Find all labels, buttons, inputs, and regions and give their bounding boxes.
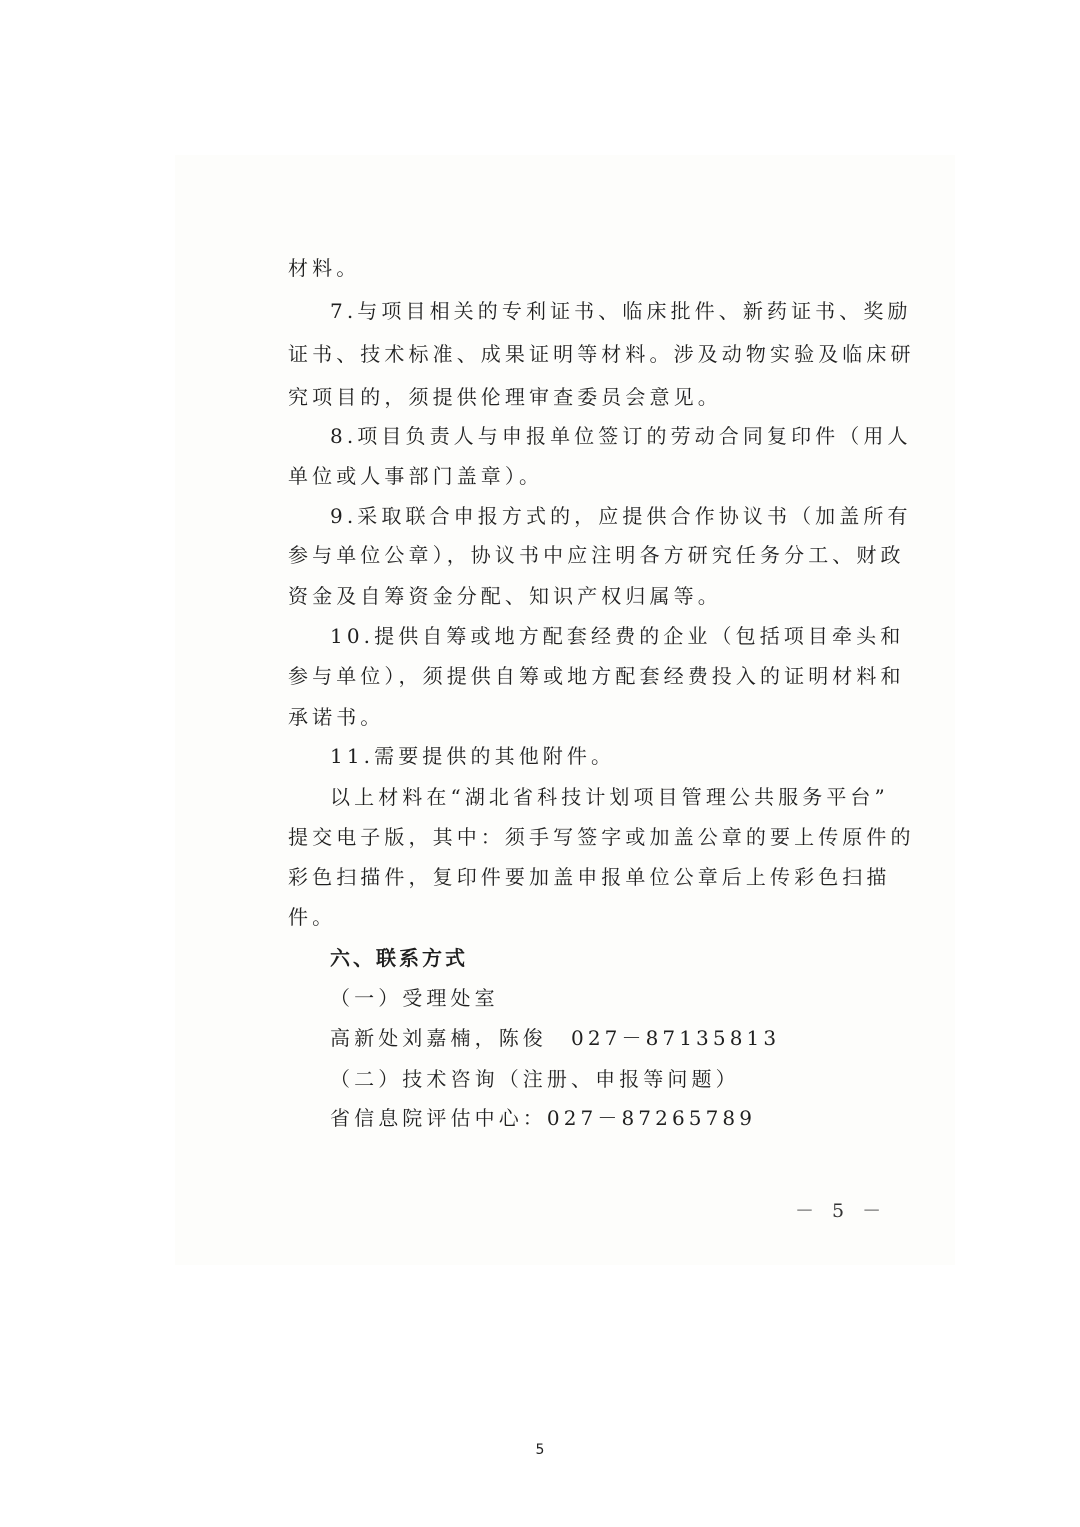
footer-page-number: 5: [0, 1442, 1080, 1458]
submission-line-4: 件。: [288, 903, 336, 931]
item-9-line-1: 9.采取联合申报方式的，应提供合作协议书（加盖所有: [330, 502, 912, 530]
item-9-line-3: 资金及自筹资金分配、知识产权归属等。: [288, 582, 722, 610]
item-7-line-3: 究项目的，须提供伦理审查委员会意见。: [288, 383, 722, 411]
contact-sub-heading-2: （二）技术咨询（注册、申报等问题）: [330, 1065, 740, 1093]
item-9-line-2: 参与单位公章），协议书中应注明各方研究任务分工、财政: [288, 541, 905, 569]
item-7-line-1: 7.与项目相关的专利证书、临床批件、新药证书、奖励: [330, 297, 912, 325]
submission-line-2: 提交电子版，其中：须手写签字或加盖公章的要上传原件的: [288, 823, 915, 851]
contact-detail-1: 高新处刘嘉楠，陈俊 027－87135813: [330, 1024, 780, 1052]
item-7-line-2: 证书、技术标准、成果证明等材料。涉及动物实验及临床研: [288, 340, 915, 368]
item-10-line-1: 10.提供自筹或地方配套经费的企业（包括项目牵头和: [330, 622, 904, 650]
section-heading-contact: 六、联系方式: [330, 944, 468, 972]
item-10-line-3: 承诺书。: [288, 703, 384, 731]
contact-detail-2: 省信息院评估中心：027－87265789: [330, 1104, 756, 1132]
scan-page-number: － 5 －: [795, 1196, 887, 1223]
submission-line-3: 彩色扫描件，复印件要加盖申报单位公章后上传彩色扫描: [288, 863, 891, 891]
item-11-line: 11.需要提供的其他附件。: [330, 742, 615, 770]
text-line: 材料。: [288, 254, 360, 282]
item-8-line-2: 单位或人事部门盖章）。: [288, 462, 543, 490]
contact-sub-heading-1: （一）受理处室: [330, 984, 499, 1012]
submission-line-1: 以上材料在“湖北省科技计划项目管理公共服务平台”: [330, 783, 889, 811]
item-10-line-2: 参与单位），须提供自筹或地方配套经费投入的证明材料和: [288, 662, 905, 690]
item-8-line-1: 8.项目负责人与申报单位签订的劳动合同复印件（用人: [330, 422, 912, 450]
